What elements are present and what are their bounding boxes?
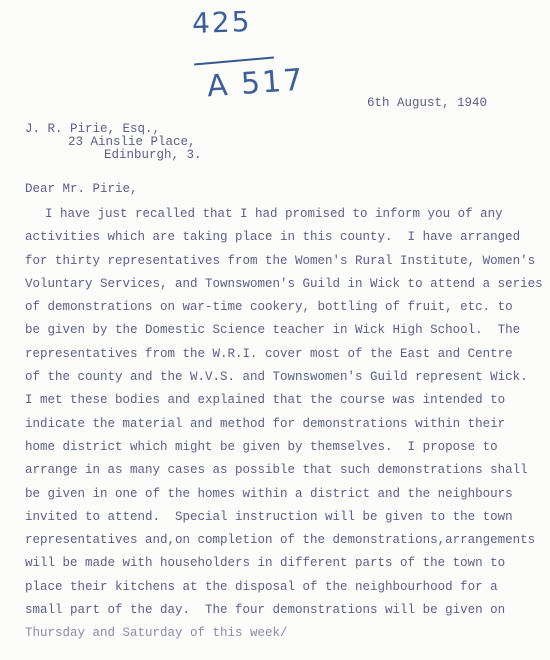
letter-date: 6th August, 1940 [367, 96, 487, 110]
archive-reference-top: 425 [191, 5, 252, 40]
archive-reference-divider [194, 57, 274, 66]
body-line: I met these bodies and explained that th… [25, 389, 550, 412]
body-line: of the county and the W.V.S. and Townswo… [25, 366, 550, 389]
body-line: representatives from the W.R.I. cover mo… [25, 343, 550, 366]
body-line: for thirty representatives from the Wome… [25, 250, 550, 273]
body-line: small part of the day. The four demonstr… [25, 599, 550, 622]
recipient-street: 23 Ainslie Place, [68, 135, 196, 149]
body-line: arrange in as many cases as possible tha… [25, 459, 550, 482]
recipient-name: J. R. Pirie, Esq., [25, 122, 160, 136]
archive-reference-bottom: A 517 [206, 63, 306, 105]
body-line: place their kitchens at the disposal of … [25, 576, 550, 599]
body-line: be given by the Domestic Science teacher… [25, 319, 550, 342]
body-line: will be made with householders in differ… [25, 552, 550, 575]
body-line: Thursday and Saturday of this week/ [25, 622, 550, 645]
recipient-city: Edinburgh, 3. [104, 148, 202, 162]
body-line: of demonstrations on war-time cookery, b… [25, 296, 550, 319]
salutation: Dear Mr. Pirie, [25, 182, 138, 196]
letter-body: I have just recalled that I had promised… [25, 203, 550, 646]
body-line: be given in one of the homes within a di… [25, 483, 550, 506]
body-line: I have just recalled that I had promised… [25, 203, 550, 226]
body-line: representatives and,on completion of the… [25, 529, 550, 552]
body-line: home district which might be given by th… [25, 436, 550, 459]
body-line: indicate the material and method for dem… [25, 413, 550, 436]
letter-page: 425 A 517 6th August, 1940 J. R. Pirie, … [0, 0, 550, 660]
body-line: Voluntary Services, and Townswomen's Gui… [25, 273, 550, 296]
body-line: invited to attend. Special instruction w… [25, 506, 550, 529]
body-line: activities which are taking place in thi… [25, 226, 550, 249]
